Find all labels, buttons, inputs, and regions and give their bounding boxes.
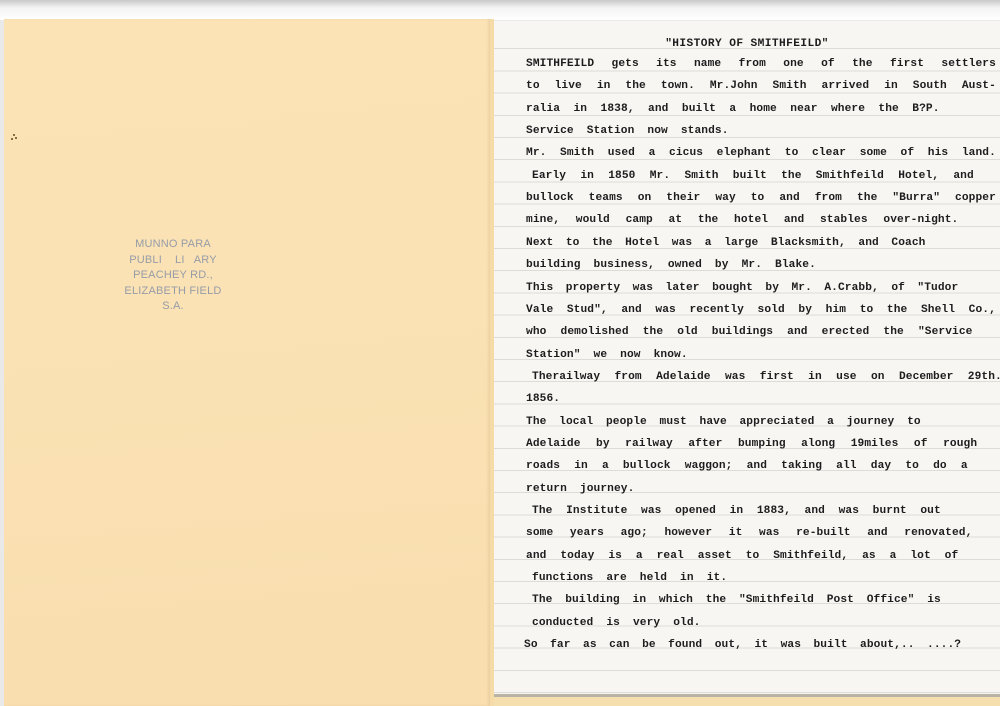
word: and (784, 214, 804, 226)
word: bullock (526, 192, 574, 204)
word: built (733, 170, 767, 182)
word: town. (661, 80, 695, 92)
word: in (680, 572, 694, 584)
word: Station (587, 125, 635, 137)
typed-line: Thebuildinginwhichthe"SmithfeildPostOffi… (532, 594, 941, 606)
word: are (606, 572, 626, 584)
word: Smithfeild (816, 170, 884, 182)
word: 29th. (968, 371, 1000, 383)
word: his (928, 147, 948, 159)
page-bottom-edge (494, 697, 1000, 706)
word: copper (955, 192, 996, 204)
word: Blake. (775, 259, 816, 271)
word: the (887, 304, 907, 316)
word: Coach (891, 237, 925, 249)
word: their (666, 192, 700, 204)
word: the (643, 326, 663, 338)
word: and (867, 527, 887, 539)
word: settlers (941, 58, 996, 70)
word: use (836, 371, 856, 383)
word: asset (698, 550, 732, 562)
word: live (555, 80, 582, 92)
word: Hotel (625, 237, 659, 249)
word: out, (715, 639, 742, 651)
word: property (566, 282, 621, 294)
word: him (826, 304, 846, 316)
typed-line: ThispropertywaslaterboughtbyMr.A.Crabb,o… (526, 282, 958, 294)
word: to (905, 460, 919, 472)
typed-line: SMITHFEILDgetsitsnamefromoneofthefirstse… (526, 58, 996, 70)
word: old. (673, 617, 700, 629)
word: and (621, 304, 641, 316)
word: opened (675, 505, 716, 517)
word: was (759, 527, 779, 539)
word: 1856. (526, 393, 560, 405)
typed-line: functionsareheldinit. (532, 572, 727, 584)
word: by (765, 282, 779, 294)
word: from (739, 58, 766, 70)
word: a (602, 460, 609, 472)
word: old (677, 326, 697, 338)
word: of (945, 550, 959, 562)
typed-line: TheInstitutewasopenedin1883,andwasburnto… (532, 505, 941, 517)
typed-line: Sofarascanbefoundout,itwasbuiltabout,...… (524, 639, 961, 651)
typed-line: returnjourney. (526, 483, 634, 495)
word: recently (689, 304, 744, 316)
typed-history-page: "HISTORY OF SMITHFEILD" SMITHFEILDgetsit… (494, 21, 1000, 697)
typed-line: raliain1838,andbuiltahomenearwheretheB?P… (526, 103, 940, 115)
word: some (860, 147, 887, 159)
stamp-line: S.A. (118, 299, 228, 315)
word: Aust- (962, 80, 996, 92)
word: roads (526, 460, 560, 472)
word: and (953, 170, 973, 182)
word: Blacksmith, (771, 237, 846, 249)
word: building (526, 259, 581, 271)
word: erected (822, 326, 870, 338)
word: found (668, 639, 702, 651)
word: and (747, 460, 767, 472)
word: Station" (526, 349, 581, 361)
word: to (526, 80, 540, 92)
word: December (899, 371, 954, 383)
word: bumping (738, 438, 786, 450)
word: hotel (734, 214, 768, 226)
word: the (878, 103, 898, 115)
word: sold (758, 304, 785, 316)
word: Institute (566, 505, 627, 517)
stamp-line: PEACHEY RD., (118, 268, 228, 284)
word: is (606, 617, 620, 629)
word: people (606, 416, 647, 428)
word: home (750, 103, 777, 115)
word: lot (910, 550, 930, 562)
word: to (751, 192, 765, 204)
library-stamp: MUNNO PARA PUBLI LI ARY PEACHEY RD., ELI… (118, 237, 228, 315)
word: journey. (580, 483, 635, 495)
word: real (657, 550, 684, 562)
typed-line: Mr.Smithusedacicuselephanttoclearsomeofh… (526, 147, 996, 159)
word: along (801, 438, 835, 450)
word: Office" (867, 594, 915, 606)
word: was (725, 371, 745, 383)
word: in (574, 460, 588, 472)
word: all (836, 460, 856, 472)
word: appreciated (739, 416, 814, 428)
word: the (857, 192, 877, 204)
word: railway (625, 438, 673, 450)
word: on (638, 192, 652, 204)
typed-line: Thelocalpeoplemusthaveappreciatedajourne… (526, 416, 921, 428)
word: re-built (796, 527, 851, 539)
word: "Smithfeild (739, 594, 814, 606)
word: in (633, 594, 647, 606)
word: day (871, 460, 891, 472)
word: over-night. (883, 214, 958, 226)
word: name (694, 58, 721, 70)
typed-line: TherailwayfromAdelaidewasfirstinuseonDec… (532, 371, 1000, 383)
word: to (785, 147, 799, 159)
word: Stud", (567, 304, 608, 316)
word: was (641, 505, 661, 517)
document-title: "HISTORY OF SMITHFEILD" (494, 38, 1000, 50)
word: was (655, 304, 675, 316)
word: Next (526, 237, 553, 249)
word: as (583, 639, 597, 651)
word: built (813, 639, 847, 651)
word: a (961, 460, 968, 472)
word: stables (820, 214, 868, 226)
word: The (532, 594, 552, 606)
word: Smith (773, 80, 807, 92)
word: by (715, 259, 729, 271)
word: 1850 (608, 170, 635, 182)
typed-line: mine,wouldcampatthehotelandstablesover-n… (526, 214, 958, 226)
word: This (526, 282, 553, 294)
word: Mr.John (710, 80, 758, 92)
word: first (890, 58, 924, 70)
word: Mr. (650, 170, 670, 182)
word: in (580, 170, 594, 182)
word: who (526, 326, 546, 338)
word: can (609, 639, 629, 651)
word: ....? (927, 639, 961, 651)
word: in (597, 80, 611, 92)
word: 1838, (601, 103, 635, 115)
word: far (550, 639, 570, 651)
word: the (698, 214, 718, 226)
word: So (524, 639, 538, 651)
typed-line: buildingbusiness,ownedbyMr.Blake. (526, 259, 816, 271)
word: teams (589, 192, 623, 204)
word: from (815, 192, 842, 204)
word: do (933, 460, 947, 472)
word: local (559, 416, 593, 428)
word: have (700, 416, 727, 428)
word: however (664, 527, 712, 539)
word: and (805, 505, 825, 517)
word: was (672, 237, 692, 249)
word: now (620, 349, 640, 361)
word: held (640, 572, 667, 584)
word: on (871, 371, 885, 383)
word: in (808, 371, 822, 383)
word: Smithfeild, (773, 550, 848, 562)
typed-line: Adelaidebyrailwayafterbumpingalong19mile… (526, 438, 977, 450)
word: today (560, 550, 594, 562)
word: as (862, 550, 876, 562)
word: and (787, 326, 807, 338)
typed-line: toliveinthetown.Mr.JohnSmitharrivedinSou… (526, 80, 996, 92)
word: by (798, 304, 812, 316)
word: clear (812, 147, 846, 159)
word: taking (781, 460, 822, 472)
word: owned (668, 259, 702, 271)
word: ralia (526, 103, 560, 115)
left-page-cover: MUNNO PARA PUBLI LI ARY PEACHEY RD., ELI… (4, 19, 490, 706)
word: Shell (921, 304, 955, 316)
word: Service (526, 125, 574, 137)
word: business, (594, 259, 655, 271)
word: in (884, 80, 898, 92)
word: mine, (526, 214, 560, 226)
word: stands. (681, 125, 729, 137)
typed-line: roadsinabullockwaggon;andtakingalldaytod… (526, 460, 968, 472)
word: Vale (526, 304, 553, 316)
word: The (532, 505, 552, 517)
word: a (636, 550, 643, 562)
word: demolished (561, 326, 629, 338)
word: Post (827, 594, 854, 606)
word: at (669, 214, 683, 226)
word: "Burra" (892, 192, 940, 204)
word: be (642, 639, 656, 651)
word: Early (532, 170, 566, 182)
word: it (729, 527, 743, 539)
word: about,.. (860, 639, 915, 651)
word: and (779, 192, 799, 204)
word: know. (654, 349, 688, 361)
word: to (746, 550, 760, 562)
word: is (608, 550, 622, 562)
word: South (913, 80, 947, 92)
word: it (754, 639, 768, 651)
word: 1883, (757, 505, 791, 517)
word: rough (943, 438, 977, 450)
word: one (783, 58, 803, 70)
word: the (781, 170, 801, 182)
word: building (565, 594, 620, 606)
word: in (573, 103, 587, 115)
word: a (827, 416, 834, 428)
word: very (633, 617, 660, 629)
typed-line: Station"wenowknow. (526, 349, 688, 361)
word: to (566, 237, 580, 249)
word: a (729, 103, 736, 115)
word: "Tudor (917, 282, 958, 294)
word: of (821, 58, 835, 70)
word: Mr. (791, 282, 811, 294)
word: first (760, 371, 794, 383)
typed-line: 1856. (526, 393, 560, 405)
word: years (570, 527, 604, 539)
word: the (706, 594, 726, 606)
word: used (608, 147, 635, 159)
word: cicus (669, 147, 703, 159)
word: the (592, 237, 612, 249)
stamp-line: PUBLI LI ARY (118, 253, 228, 269)
word: from (614, 371, 641, 383)
word: out (920, 505, 940, 517)
word: a (705, 237, 712, 249)
word: the (625, 80, 645, 92)
word: which (659, 594, 693, 606)
word: would (576, 214, 610, 226)
word: waggon; (685, 460, 733, 472)
typed-line: NexttotheHotelwasalargeBlacksmith,andCoa… (526, 237, 926, 249)
word: land. (962, 147, 996, 159)
word: built (682, 103, 716, 115)
word: Adelaide (526, 438, 581, 450)
word: elephant (717, 147, 772, 159)
word: is (927, 594, 941, 606)
typed-line: whodemolishedtheoldbuildingsanderectedth… (526, 326, 973, 338)
word: arrived (822, 80, 870, 92)
word: Smith (560, 147, 594, 159)
word: functions (532, 572, 593, 584)
word: Therailway (532, 371, 600, 383)
word: in (730, 505, 744, 517)
word: of (901, 147, 915, 159)
word: The (526, 416, 546, 428)
word: a (890, 550, 897, 562)
word: Mr. (526, 147, 546, 159)
word: SMITHFEILD (526, 58, 594, 70)
typed-line: ValeStud",andwasrecentlysoldbyhimtotheSh… (526, 304, 996, 316)
word: a (649, 147, 656, 159)
word: some (526, 527, 553, 539)
word: Mr. (742, 259, 762, 271)
word: buildings (712, 326, 773, 338)
word: bought (712, 282, 753, 294)
word: conducted (532, 617, 593, 629)
typed-line: bullockteamsontheirwaytoandfromthe"Burra… (526, 192, 996, 204)
word: of (914, 438, 928, 450)
word: "Service (918, 326, 973, 338)
word: now (647, 125, 667, 137)
word: and (858, 237, 878, 249)
word: to (907, 416, 921, 428)
word: 19miles (851, 438, 899, 450)
word: and (648, 103, 668, 115)
word: near (790, 103, 817, 115)
word: ago; (621, 527, 648, 539)
word: gets (612, 58, 639, 70)
word: Smith (684, 170, 718, 182)
word: the (883, 326, 903, 338)
word: after (688, 438, 722, 450)
word: its (656, 58, 676, 70)
word: by (596, 438, 610, 450)
typed-line: someyearsago;howeveritwasre-builtandreno… (526, 527, 973, 539)
word: Adelaide (656, 371, 711, 383)
word: return (526, 483, 567, 495)
word: large (724, 237, 758, 249)
word: camp (626, 214, 653, 226)
word: must (660, 416, 687, 428)
word: of (891, 282, 905, 294)
typed-line: ServiceStationnowstands. (526, 125, 729, 137)
word: later (666, 282, 700, 294)
word: bullock (623, 460, 671, 472)
word: was (839, 505, 859, 517)
stamp-line: MUNNO PARA (118, 237, 228, 253)
word: Co., (969, 304, 996, 316)
word: journey (847, 416, 895, 428)
word: A.Crabb, (824, 282, 879, 294)
word: renovated, (904, 527, 972, 539)
word: and (526, 550, 546, 562)
word: B?P. (912, 103, 939, 115)
word: Hotel, (898, 170, 939, 182)
typed-line: Earlyin1850Mr.SmithbuilttheSmithfeildHot… (532, 170, 974, 182)
stamp-line: ELIZABETH FIELD (118, 284, 228, 300)
word: it. (707, 572, 727, 584)
word: burnt (873, 505, 907, 517)
word: the (852, 58, 872, 70)
paper-spots (10, 134, 18, 142)
typed-line: conductedisveryold. (532, 617, 701, 629)
word: we (594, 349, 608, 361)
word: was (633, 282, 653, 294)
scan-background (0, 0, 1000, 20)
word: way (715, 192, 735, 204)
typed-line: andtodayisarealassettoSmithfeild,asaloto… (526, 550, 958, 562)
word: was (781, 639, 801, 651)
word: to (860, 304, 874, 316)
word: where (831, 103, 865, 115)
